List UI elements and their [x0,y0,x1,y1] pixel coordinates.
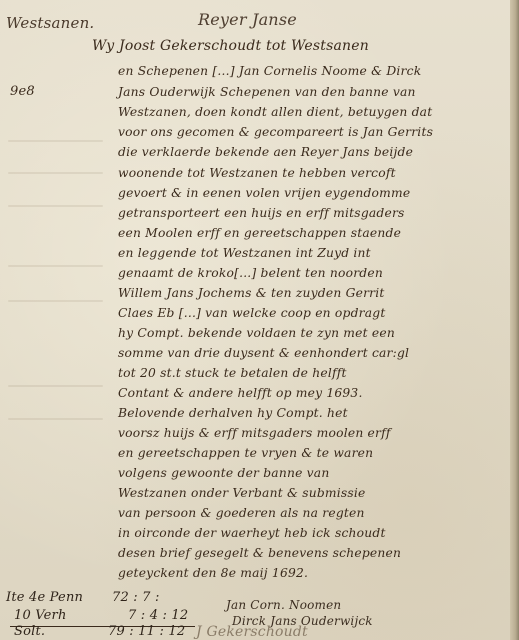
text-line: van persoon & goederen als na regten [118,506,365,520]
text-line: Contant & andere helfft op mey 1693. [118,386,363,400]
text-line: en Schepenen [...] Jan Cornelis Noome & … [118,64,421,78]
page-edge [510,0,519,640]
text-line: genaamt de kroko[...] belent ten noorden [118,266,383,280]
ledger-value: 7 : 4 : 12 [128,608,188,623]
text-line: volgens gewoonte der banne van [118,466,329,480]
text-line: Jans Ouderwijk Schepenen van den banne v… [118,85,416,99]
bleed-through-line [8,385,103,387]
margin-place-name: Westsanen. [6,14,94,32]
ledger-label: Solt. [14,624,45,639]
text-line: in oirconde der waerheyt heb ick schoudt [118,526,386,540]
ledger-total-value: 79 : 11 : 12 [108,624,185,639]
text-line: voorsz huijs & erff mitsgaders moolen er… [118,426,391,440]
text-line: en leggende tot Westzanen int Zuyd int [118,246,371,260]
text-line: Claes Eb [...] van welcke coop en opdrag… [118,306,385,320]
ledger-label: Ite 4e Penn [6,590,83,605]
text-line: somme van drie duysent & eenhondert car:… [118,346,409,360]
document-heading: Reyer Janse [198,10,297,29]
text-line: gevoert & in eenen volen vrijen eygendom… [118,186,410,200]
faint-signature: J Gekerschoudt [196,624,308,640]
text-line: een Moolen erff en gereetschappen staend… [118,226,401,240]
text-line: Belovende derhalven hy Compt. het [118,406,348,420]
text-line: getransporteert een huijs en erff mitsga… [118,206,405,220]
text-line: en gereetschappen te vryen & te waren [118,446,373,460]
text-line: geteyckent den 8e maij 1692. [118,566,308,580]
bleed-through-line [8,300,103,302]
bleed-through-line [8,140,103,142]
text-line: desen brief gesegelt & benevens schepene… [118,546,401,560]
text-line: Willem Jans Jochems & ten zuyden Gerrit [118,286,385,300]
text-line: Westzanen onder Verbant & submissie [118,486,366,500]
bleed-through-line [8,265,103,267]
text-line: tot 20 st.t stuck te betalen de helfft [118,366,347,380]
ledger-value: 72 : 7 : [112,590,160,605]
text-line: hy Compt. bekende voldaen te zyn met een [118,326,395,340]
bleed-through-line [8,172,103,174]
ledger-label: 10 Verh [14,608,67,623]
text-line: woonende tot Westzanen te hebben vercoft [118,166,396,180]
text-line: Wy Joost Gekerschoudt tot Westsanen [92,38,369,54]
margin-mark: 9e8 [10,84,35,99]
text-line: Westzanen, doen kondt allen dient, betuy… [118,105,432,119]
bleed-through-line [8,418,103,420]
text-line: voor ons gecomen & gecompareert is Jan G… [118,125,433,139]
bleed-through-line [8,205,103,207]
signature-line: Jan Corn. Noomen [226,598,341,612]
text-line: die verklaerde bekende aen Reyer Jans be… [118,145,413,159]
